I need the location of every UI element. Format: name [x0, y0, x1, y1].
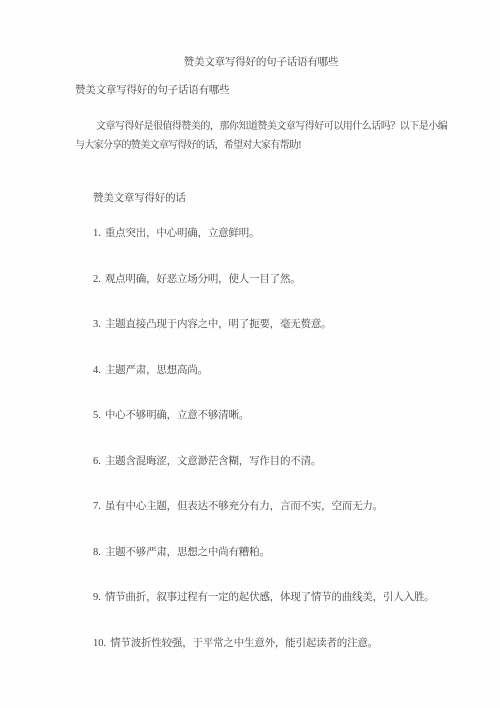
list-item-number: 1. — [93, 228, 101, 239]
list-item-text: 情节曲折，叙事过程有一定的起伏感，体现了情节的曲线美，引人入胜。 — [105, 592, 435, 603]
list-item-number: 3. — [93, 319, 101, 330]
list-item-text: 虽有中心主题，但表达不够充分有力，言而不实，空而无力。 — [105, 501, 383, 512]
list-item-text: 中心不够明确，立意不够清晰。 — [105, 410, 249, 421]
list-item-text: 主题含混晦涩，文意渺茫含糊，写作目的不清。 — [105, 456, 321, 467]
list-item-number: 9. — [93, 592, 101, 603]
list-item-number: 4. — [93, 365, 101, 376]
page-title: 赞美文章写得好的句子话语有哪些 — [75, 56, 447, 69]
list-item-number: 5. — [93, 410, 101, 421]
praise-list: 1.重点突出，中心明确，立意鲜明。 2.观点明确，好恶立场分明，使人一目了然。 … — [93, 227, 447, 650]
document-page: 赞美文章写得好的句子话语有哪些 赞美文章写得好的句子话语有哪些 文章写得好是很值… — [0, 0, 500, 708]
list-item: 10.情节波折性较强，于平常之中生意外，能引起读者的注意。 — [93, 637, 447, 650]
list-item: 2.观点明确，好恶立场分明，使人一目了然。 — [93, 273, 447, 286]
list-item: 6.主题含混晦涩，文意渺茫含糊，写作目的不清。 — [93, 455, 447, 468]
list-item: 1.重点突出，中心明确，立意鲜明。 — [93, 227, 447, 240]
list-item-number: 7. — [93, 501, 101, 512]
list-item-number: 2. — [93, 274, 101, 285]
list-item-text: 主题直接凸现于内容之中，明了扼要，毫无赘意。 — [105, 319, 332, 330]
list-item-text: 情节波折性较强，于平常之中生意外，能引起读者的注意。 — [110, 638, 378, 649]
list-item-number: 8. — [93, 547, 101, 558]
list-item: 9.情节曲折，叙事过程有一定的起伏感，体现了情节的曲线美，引人入胜。 — [93, 591, 447, 604]
intro-paragraph: 文章写得好是很值得赞美的，那你知道赞美文章写得好可以用什么话吗？以下是小编与大家… — [75, 117, 447, 155]
list-item-text: 观点明确，好恶立场分明，使人一目了然。 — [105, 274, 301, 285]
list-item: 5.中心不够明确，立意不够清晰。 — [93, 409, 447, 422]
list-item: 8.主题不够严肃，思想之中尚有糟粕。 — [93, 546, 447, 559]
list-item: 4.主题严肃，思想高尚。 — [93, 364, 447, 377]
list-item: 7.虽有中心主题，但表达不够充分有力，言而不实，空而无力。 — [93, 500, 447, 513]
list-item-text: 重点突出，中心明确，立意鲜明。 — [105, 228, 260, 239]
section-title: 赞美文章写得好的话 — [93, 192, 447, 205]
list-item-text: 主题严肃，思想高尚。 — [105, 365, 208, 376]
list-item-number: 6. — [93, 456, 101, 467]
list-item-text: 主题不够严肃，思想之中尚有糟粕。 — [105, 547, 270, 558]
list-item-number: 10. — [93, 638, 106, 649]
heading-line: 赞美文章写得好的句子话语有哪些 — [75, 84, 447, 97]
list-item: 3.主题直接凸现于内容之中，明了扼要，毫无赘意。 — [93, 318, 447, 331]
